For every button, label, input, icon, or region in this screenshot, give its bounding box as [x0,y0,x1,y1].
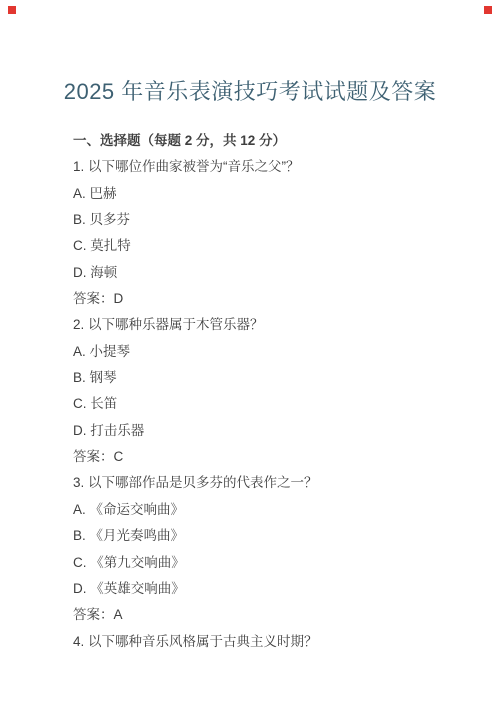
answer-text: 答案：D [73,286,500,312]
red-corner-mark-left [8,6,16,14]
option-item: B. 钢琴 [73,365,500,391]
option-item: D. 打击乐器 [73,418,500,444]
question-list: 1. 以下哪位作曲家被誉为“音乐之父”？A. 巴赫B. 贝多芬C. 莫扎特D. … [73,154,500,655]
answer-text: 答案：A [73,602,500,628]
question-text: 2. 以下哪种乐器属于木管乐器？ [73,312,500,338]
option-item: A. 小提琴 [73,339,500,365]
option-item: C. 长笛 [73,391,500,417]
question-text: 3. 以下哪部作品是贝多芬的代表作之一？ [73,470,500,496]
option-item: D. 海顿 [73,260,500,286]
red-corner-mark-right [484,6,492,14]
option-item: C. 《第九交响曲》 [73,550,500,576]
option-item: A. 《命运交响曲》 [73,497,500,523]
document-title: 2025 年音乐表演技巧考试试题及答案 [0,0,500,106]
exam-content: 一、选择题（每题 2 分，共 12 分） 1. 以下哪位作曲家被誉为“音乐之父”… [73,128,500,655]
question-text: 4. 以下哪种音乐风格属于古典主义时期？ [73,629,500,655]
answer-text: 答案：C [73,444,500,470]
option-item: C. 莫扎特 [73,233,500,259]
option-item: B. 贝多芬 [73,207,500,233]
option-item: A. 巴赫 [73,181,500,207]
question-text: 1. 以下哪位作曲家被誉为“音乐之父”？ [73,154,500,180]
section-heading: 一、选择题（每题 2 分，共 12 分） [73,128,500,154]
option-item: D. 《英雄交响曲》 [73,576,500,602]
document-page: 2025 年音乐表演技巧考试试题及答案 一、选择题（每题 2 分，共 12 分）… [0,0,500,707]
option-item: B. 《月光奏鸣曲》 [73,523,500,549]
